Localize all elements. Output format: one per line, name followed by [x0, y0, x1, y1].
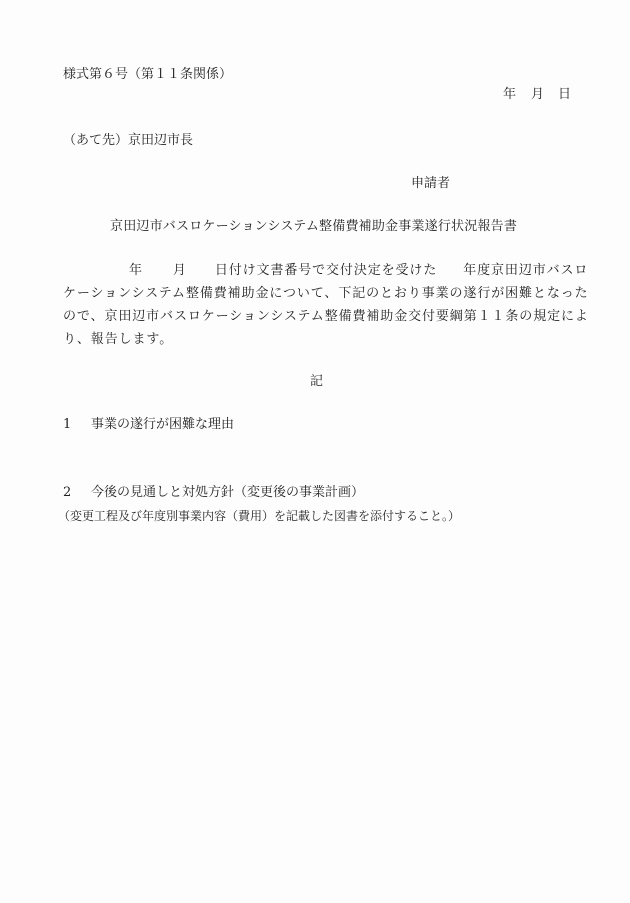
- item-2-number: 2: [63, 486, 91, 499]
- document-title: 京田辺市バスロケーションシステム整備費補助金事業遂行状況報告書: [110, 220, 517, 233]
- item-1-number: 1: [63, 418, 91, 431]
- body-year-label: 年: [129, 263, 143, 278]
- attachment-note: （変更工程及び年度別事業内容（費用）を記載した図書を添付すること。）: [58, 510, 460, 522]
- date-month-label: 月: [531, 88, 544, 101]
- body-line-4: り、報告します。: [63, 333, 570, 356]
- addressee: （あて先）京田辺市長: [63, 134, 193, 147]
- item-1-label: 事業の遂行が困難な理由: [91, 417, 234, 432]
- body-fiscal-year-text: 年度京田辺市バスロ: [463, 263, 588, 278]
- body-paragraph: 年月日付け文書番号で交付決定を受けた年度京田辺市バスロ ケーションシステム整備費…: [63, 264, 570, 356]
- body-decision-text: 日付け文書番号で交付決定を受けた: [215, 263, 437, 278]
- item-2: 2今後の見通しと対処方針（変更後の事業計画）: [63, 486, 364, 499]
- date-year-label: 年: [503, 88, 516, 101]
- ki-heading: 記: [310, 375, 323, 388]
- date-day-label: 日: [558, 88, 571, 101]
- form-label: 様式第６号（第１１条関係）: [63, 68, 232, 81]
- item-1: 1事業の遂行が困難な理由: [63, 418, 234, 431]
- body-line-2: ケーションシステム整備費補助金について、下記のとおり事業の遂行が困難となった: [63, 287, 570, 310]
- item-2-label: 今後の見通しと対処方針（変更後の事業計画）: [91, 485, 364, 500]
- applicant-label: 申請者: [411, 177, 450, 190]
- body-line-3: ので、京田辺市バスロケーションシステム整備費補助金交付要綱第１１条の規定によ: [63, 310, 570, 333]
- body-line-1: 年月日付け文書番号で交付決定を受けた年度京田辺市バスロ: [63, 264, 570, 287]
- body-month-label: 月: [173, 263, 187, 278]
